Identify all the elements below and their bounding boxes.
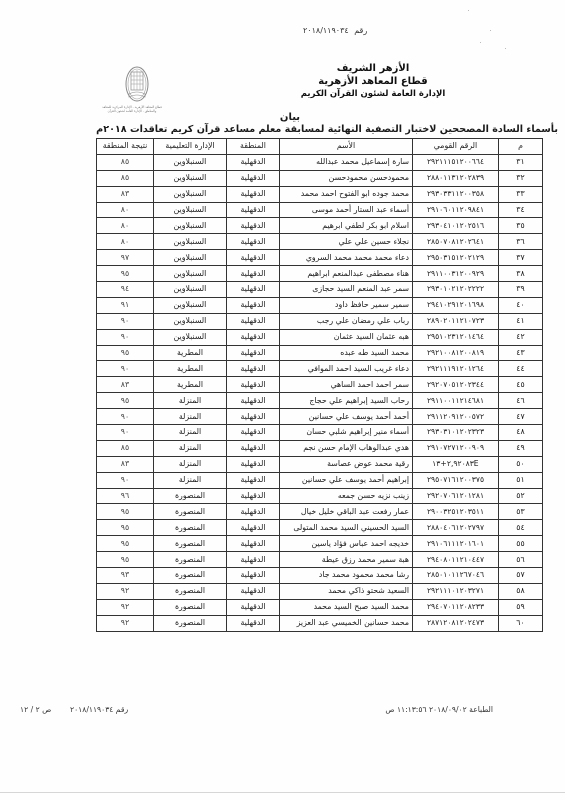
table-row: ٣٣٢٩٣٠٣٣١١٢٠٠٣٥٨محمد جوده ابو الفتوح احم…	[97, 186, 543, 202]
cell-region: الدقهلية	[227, 472, 280, 488]
cell-name: اسلام ابو بكر لطفي ابرهيم	[280, 218, 413, 234]
cell-region: الدقهلية	[227, 599, 280, 615]
cell-name: زينب نزيه حسن جمعه	[280, 488, 413, 504]
cell-directorate: المنصورة	[154, 568, 227, 584]
cell-region: الدقهلية	[227, 202, 280, 218]
cell-name: دعاء غريب السيد احمد الموافي	[280, 361, 413, 377]
cell-region: الدقهلية	[227, 170, 280, 186]
cell-result: ٩٠	[97, 409, 154, 425]
table-row: ٤٠٢٩٤١٠٢٩١٢٠١٦٩٨سمير سمير حافظ داودالدقه…	[97, 297, 543, 313]
results-table: م الرقم القومي الأسم المنطقة الإدارة الت…	[96, 138, 543, 632]
table-row: ٤٤٢٩٢١١١٩١٢٠١٢٦٤دعاء غريب السيد احمد الم…	[97, 361, 543, 377]
cell-region: الدقهلية	[227, 234, 280, 250]
cell-num: ٤٣	[499, 345, 543, 361]
cell-result: ٩٠	[97, 472, 154, 488]
cell-result: ٩٥	[97, 552, 154, 568]
cell-result: ٩٥	[97, 393, 154, 409]
cell-result: ٩٠	[97, 313, 154, 329]
scan-artifact	[480, 42, 481, 43]
cell-national-id: ٢٨٨٠٤٠٦١٢٠٢٧٩٧	[413, 520, 499, 536]
scan-artifact	[490, 30, 491, 31]
cell-directorate: المطرية	[154, 361, 227, 377]
cell-region: الدقهلية	[227, 615, 280, 631]
table-row: ٣٩٢٩٣٠١٠٢١٢٠٢٢٢٢سمر عبد المنعم السيد حجا…	[97, 282, 543, 298]
table-row: ٤٢٢٩٥١٠٢٣١٢٠١٤٦٤هبه عثمان السيد عثمانالد…	[97, 329, 543, 345]
cell-result: ٩٢	[97, 615, 154, 631]
organization-header: الأزهر الشريف قطاع المعاهد الأزهرية الإد…	[263, 62, 483, 101]
cell-name: محمد حسانين الخميسي عبد العزيز	[280, 615, 413, 631]
cell-national-id: ٢٩٠٠٣٢٥١٢٠٣٥١١	[413, 504, 499, 520]
cell-result: ٩٥	[97, 345, 154, 361]
cell-national-id: ٢٩٢١١١٠١٢٠٣٢٧١	[413, 583, 499, 599]
cell-region: الدقهلية	[227, 313, 280, 329]
cell-result: ٨٥	[97, 154, 154, 170]
footer-ref-label: رقم	[116, 705, 128, 714]
cell-result: ٩٥	[97, 266, 154, 282]
cell-num: ٥٢	[499, 488, 543, 504]
table-header-row: م الرقم القومي الأسم المنطقة الإدارة الت…	[97, 139, 543, 155]
cell-result: ٨٠	[97, 202, 154, 218]
cell-directorate: المنصورة	[154, 552, 227, 568]
cell-national-id: ٢٩٤٠٨٠١١٢١٠٤٤٧	[413, 552, 499, 568]
cell-result: ٩٢	[97, 599, 154, 615]
cell-national-id: ٢,٩٢٠٨٣E+١٣	[413, 456, 499, 472]
cell-num: ٦٠	[499, 615, 543, 631]
cell-name: أسماء منير إبراهيم شلبي حسان	[280, 425, 413, 441]
cell-num: ٣٦	[499, 234, 543, 250]
table-row: ٣٦٢٨٥٠٧٠٨١٢٠٢٦٤١نجلاء حسين علي عليالدقهل…	[97, 234, 543, 250]
cell-directorate: السنبلاوين	[154, 218, 227, 234]
cell-result: ٩٢	[97, 583, 154, 599]
cell-name: دعاء محمد محمد محمد السروي	[280, 250, 413, 266]
cell-num: ٤٠	[499, 297, 543, 313]
org-line-2: قطاع المعاهد الأزهرية	[263, 75, 483, 88]
cell-num: ٣٥	[499, 218, 543, 234]
cell-result: ٩٣	[97, 568, 154, 584]
table-row: ٤٧٢٩١١٢٠٩١٢٠٠٥٧٢أحمد أحمد يوسف علي حساني…	[97, 409, 543, 425]
cell-national-id: ٢٩٢٠٧٠٥١٢٠٢٣٤٤	[413, 377, 499, 393]
page-label: ص	[42, 705, 51, 714]
header-num: م	[499, 139, 543, 155]
cell-national-id: ٢٩١٠٧٢٧١٢٠٠٩٠٩	[413, 440, 499, 456]
table-row: ٣٤٢٩١٠٦٠١١٢٠٩٨٤١أسماء عبد الستار أحمد مو…	[97, 202, 543, 218]
cell-region: الدقهلية	[227, 186, 280, 202]
footer-ref-value: ٢٠١٨/١١٩٠٣٤	[70, 705, 113, 714]
cell-national-id: ٢٩٢٠٧٠٦١٢٠١٢٨١	[413, 488, 499, 504]
cell-name: سمر عبد المنعم السيد حجازى	[280, 282, 413, 298]
cell-region: الدقهلية	[227, 583, 280, 599]
cell-result: ٩٥	[97, 504, 154, 520]
cell-num: ٣٣	[499, 186, 543, 202]
document-subtitle: بأسماء السادة المصححين لاختبار التصفية ا…	[118, 124, 558, 135]
table-row: ٥٨٢٩٢١١١٠١٢٠٣٢٧١السعيد شحتو ذاكي محمدالد…	[97, 583, 543, 599]
header-name: الأسم	[280, 139, 413, 155]
cell-national-id: ٢٩٣٠١٠٢١٢٠٢٢٢٢	[413, 282, 499, 298]
cell-national-id: ٢٨٧١٢٠٨١٢٠٢٤٧٣	[413, 615, 499, 631]
cell-result: ٨٣	[97, 456, 154, 472]
cell-num: ٥٣	[499, 504, 543, 520]
header-national-id: الرقم القومي	[413, 139, 499, 155]
logo-caption: قطاع المعاهد الأزهرية - الإدارة المركزية…	[100, 106, 164, 113]
cell-name: هبة سمير محمد رزق عيطة	[280, 552, 413, 568]
cell-num: ٣٤	[499, 202, 543, 218]
cell-directorate: السنبلاوين	[154, 186, 227, 202]
cell-directorate: المنصورة	[154, 583, 227, 599]
cell-region: الدقهلية	[227, 345, 280, 361]
table-row: ٤٦٢٩١١٠٠١١٢١٤٦٨١رحاب السيد إبراهيم علي ح…	[97, 393, 543, 409]
cell-num: ٤٨	[499, 425, 543, 441]
table-row: ٣٥٢٩٣٠٤١٠١٢٠٢٥١٦اسلام ابو بكر لطفي ابرهي…	[97, 218, 543, 234]
table-row: ٥٩٢٩٤٠٧٠١١٢٠٨٢٣٣محمد السيد صبح السيد محم…	[97, 599, 543, 615]
cell-name: محمد جوده ابو الفتوح احمد محمد	[280, 186, 413, 202]
cell-national-id: ٢٩٥٠٧١٦١٢٠٠٣٧٥	[413, 472, 499, 488]
cell-result: ٩٠	[97, 361, 154, 377]
document-title: بيان	[250, 112, 330, 123]
cell-national-id: ٢٩٢١١١٩١٢٠١٢٦٤	[413, 361, 499, 377]
reference-value: ٢٠١٨/١١٩٠٣٤	[303, 26, 349, 35]
cell-directorate: المطرية	[154, 345, 227, 361]
table-row: ٤٨٢٩٣٠٣١٠١٢٠٢٣٢٣أسماء منير إبراهيم شلبي …	[97, 425, 543, 441]
cell-directorate: المنزلة	[154, 409, 227, 425]
cell-name: السيد الحسيني السيد محمد المتولى	[280, 520, 413, 536]
cell-result: ٩١	[97, 297, 154, 313]
table-row: ٤٣٢٩٢١٠٠٨١٢٠٠٨١٩محمد السيد طه عبدهالدقهل…	[97, 345, 543, 361]
cell-name: محمد السيد صبح السيد محمد	[280, 599, 413, 615]
cell-directorate: المنصورة	[154, 488, 227, 504]
cell-national-id: ٢٩٢١٠٠٨١٢٠٠٨١٩	[413, 345, 499, 361]
cell-region: الدقهلية	[227, 393, 280, 409]
cell-num: ٤٤	[499, 361, 543, 377]
cell-result: ٩٠	[97, 425, 154, 441]
cell-num: ٥٦	[499, 552, 543, 568]
cell-directorate: المنصورة	[154, 615, 227, 631]
cell-name: هدي عبدالوهاب الإمام حسن نجم	[280, 440, 413, 456]
header-directorate: الإدارة التعليمية	[154, 139, 227, 155]
cell-num: ٤٢	[499, 329, 543, 345]
footer-page-number: ص ٢ / ١٢	[20, 705, 51, 714]
scan-artifact	[468, 10, 469, 11]
table-row: ٥٧٢٨٥٠١٠١١٢٦٧٠٤٦رشا محمد محمود محمد جادا…	[97, 568, 543, 584]
cell-name: رباب علي رمضان علي رجب	[280, 313, 413, 329]
cell-result: ٩٠	[97, 329, 154, 345]
cell-region: الدقهلية	[227, 520, 280, 536]
cell-directorate: السنبلاوين	[154, 266, 227, 282]
table-row: ٣٧٢٩٥٠٣١٥١٢٠٢١٢٩دعاء محمد محمد محمد السر…	[97, 250, 543, 266]
table-row: ٤٥٢٩٢٠٧٠٥١٢٠٢٣٤٤سمر احمد احمد الساهيالدق…	[97, 377, 543, 393]
cell-num: ٤٦	[499, 393, 543, 409]
cell-result: ٨٠	[97, 234, 154, 250]
cell-region: الدقهلية	[227, 297, 280, 313]
header-region: المنطقة	[227, 139, 280, 155]
cell-result: ٩٦	[97, 488, 154, 504]
table-row: ٣٨٢٩١١٠٠٣١٢٠٠٩٢٩هناء مصطفى عبدالمنعم ابر…	[97, 266, 543, 282]
cell-directorate: السنبلاوين	[154, 250, 227, 266]
document-page: رقم ٢٠١٨/١١٩٠٣٤ الأزهر الشريف قطاع المعا…	[0, 0, 565, 800]
cell-num: ٤٩	[499, 440, 543, 456]
table-row: ٥٤٢٨٨٠٤٠٦١٢٠٢٧٩٧السيد الحسيني السيد محمد…	[97, 520, 543, 536]
cell-name: إبراهيم أحمد يوسف علي حسانين	[280, 472, 413, 488]
cell-region: الدقهلية	[227, 536, 280, 552]
scan-edge-line	[0, 792, 565, 793]
cell-name: السعيد شحتو ذاكي محمد	[280, 583, 413, 599]
cell-num: ٣٧	[499, 250, 543, 266]
cell-region: الدقهلية	[227, 250, 280, 266]
reference-number-top: رقم ٢٠١٨/١١٩٠٣٤	[300, 26, 420, 35]
cell-directorate: المنزلة	[154, 393, 227, 409]
cell-directorate: المنصورة	[154, 536, 227, 552]
cell-national-id: ٢٩٣٠٤١٠١٢٠٢٥١٦	[413, 218, 499, 234]
cell-national-id: ٢٩١٠٦١١١٢٠١٦٠١	[413, 536, 499, 552]
cell-national-id: ٢٨٩٠٢٠١١٢١٠٧٢٣	[413, 313, 499, 329]
header-result: نتيجة المنطقة	[97, 139, 154, 155]
cell-directorate: المنصورة	[154, 520, 227, 536]
cell-directorate: السنبلاوين	[154, 202, 227, 218]
page-value: ٢ / ١٢	[20, 705, 40, 714]
cell-region: الدقهلية	[227, 504, 280, 520]
table-row: ٥٣٢٩٠٠٣٢٥١٢٠٣٥١١عمار رفعت عبد الباقي خلي…	[97, 504, 543, 520]
cell-directorate: المطرية	[154, 377, 227, 393]
cell-region: الدقهلية	[227, 425, 280, 441]
reference-label: رقم	[354, 26, 367, 35]
cell-result: ٩٧	[97, 250, 154, 266]
cell-num: ٥٥	[499, 536, 543, 552]
cell-national-id: ٢٨٥٠٧٠٨١٢٠٢٦٤١	[413, 234, 499, 250]
cell-directorate: السنبلاوين	[154, 234, 227, 250]
cell-directorate: السنبلاوين	[154, 282, 227, 298]
cell-directorate: المنزلة	[154, 456, 227, 472]
cell-directorate: السنبلاوين	[154, 154, 227, 170]
footer-print-timestamp: الطباعة ٢٠١٨/٠٩/٠٢ ١١:١٣:٥٦ ص	[385, 705, 493, 714]
cell-region: الدقهلية	[227, 552, 280, 568]
cell-name: سارة إسماعيل محمد عبدالله	[280, 154, 413, 170]
cell-national-id: ٢٩٤١٠٢٩١٢٠١٦٩٨	[413, 297, 499, 313]
cell-num: ٤٥	[499, 377, 543, 393]
table-row: ٥٢٢٩٢٠٧٠٦١٢٠١٢٨١زينب نزيه حسن جمعهالدقهل…	[97, 488, 543, 504]
cell-num: ٥٧	[499, 568, 543, 584]
cell-national-id: ٢٩٢١١١٥١٢٠٠٦٦٤	[413, 154, 499, 170]
cell-national-id: ٢٩٥٠٣١٥١٢٠٢١٢٩	[413, 250, 499, 266]
table-row: ٤٩٢٩١٠٧٢٧١٢٠٠٩٠٩هدي عبدالوهاب الإمام حسن…	[97, 440, 543, 456]
cell-region: الدقهلية	[227, 440, 280, 456]
cell-name: هناء مصطفى عبدالمنعم ابراهيم	[280, 266, 413, 282]
cell-result: ٩٥	[97, 520, 154, 536]
cell-directorate: السنبلاوين	[154, 313, 227, 329]
cell-region: الدقهلية	[227, 266, 280, 282]
cell-region: الدقهلية	[227, 488, 280, 504]
cell-num: ٥١	[499, 472, 543, 488]
cell-result: ٨٥	[97, 440, 154, 456]
cell-region: الدقهلية	[227, 329, 280, 345]
table-row: ٣٢٢٨٨٠١١٣١٢٠٢٨٣٩محمودحسن محمودحسنالدقهلي…	[97, 170, 543, 186]
cell-name: خديجه احمد عباس فؤاد ياسين	[280, 536, 413, 552]
scan-artifact	[505, 48, 506, 49]
cell-national-id: ٢٨٨٠١١٣١٢٠٢٨٣٩	[413, 170, 499, 186]
table-row: ٥١٢٩٥٠٧١٦١٢٠٠٣٧٥إبراهيم أحمد يوسف علي حس…	[97, 472, 543, 488]
cell-national-id: ٢٨٥٠١٠١١٢٦٧٠٤٦	[413, 568, 499, 584]
org-line-3: الإدارة العامة لشئون القرآن الكريم	[263, 88, 483, 101]
cell-num: ٤١	[499, 313, 543, 329]
cell-name: نجلاء حسين علي علي	[280, 234, 413, 250]
cell-num: ٥٠	[499, 456, 543, 472]
cell-num: ٣٩	[499, 282, 543, 298]
cell-region: الدقهلية	[227, 377, 280, 393]
org-line-1: الأزهر الشريف	[263, 62, 483, 75]
table-row: ٥٠٢,٩٢٠٨٣E+١٣رقية محمد عوض عصاسةالدقهلية…	[97, 456, 543, 472]
cell-result: ٩٤	[97, 282, 154, 298]
cell-name: محمودحسن محمودحسن	[280, 170, 413, 186]
cell-region: الدقهلية	[227, 409, 280, 425]
cell-result: ٩٥	[97, 536, 154, 552]
table-body: ٣١٢٩٢١١١٥١٢٠٠٦٦٤سارة إسماعيل محمد عبدالل…	[97, 154, 543, 631]
footer-reference: رقم ٢٠١٨/١١٩٠٣٤	[70, 705, 128, 714]
table-row: ٤١٢٨٩٠٢٠١١٢١٠٧٢٣رباب علي رمضان علي رجبال…	[97, 313, 543, 329]
cell-name: أحمد أحمد يوسف علي حسانين	[280, 409, 413, 425]
table-row: ٥٥٢٩١٠٦١١١٢٠١٦٠١خديجه احمد عباس فؤاد ياس…	[97, 536, 543, 552]
cell-region: الدقهلية	[227, 361, 280, 377]
cell-result: ٨٣	[97, 377, 154, 393]
cell-num: ٥٩	[499, 599, 543, 615]
cell-national-id: ٢٩٥١٠٢٣١٢٠١٤٦٤	[413, 329, 499, 345]
cell-name: رحاب السيد إبراهيم علي حجاج	[280, 393, 413, 409]
cell-region: الدقهلية	[227, 218, 280, 234]
cell-result: ٨٥	[97, 170, 154, 186]
cell-region: الدقهلية	[227, 456, 280, 472]
cell-num: ٤٧	[499, 409, 543, 425]
cell-name: سمير سمير حافظ داود	[280, 297, 413, 313]
cell-num: ٥٤	[499, 520, 543, 536]
cell-national-id: ٢٩١٠٦٠١١٢٠٩٨٤١	[413, 202, 499, 218]
cell-name: سمر احمد احمد الساهي	[280, 377, 413, 393]
cell-directorate: السنبلاوين	[154, 170, 227, 186]
cell-result: ٨٣	[97, 186, 154, 202]
cell-name: عمار رفعت عبد الباقي خليل خيال	[280, 504, 413, 520]
cell-num: ٣٢	[499, 170, 543, 186]
table-row: ٣١٢٩٢١١١٥١٢٠٠٦٦٤سارة إسماعيل محمد عبدالل…	[97, 154, 543, 170]
cell-name: رقية محمد عوض عصاسة	[280, 456, 413, 472]
cell-national-id: ٢٩١١٢٠٩١٢٠٠٥٧٢	[413, 409, 499, 425]
cell-name: هبه عثمان السيد عثمان	[280, 329, 413, 345]
cell-directorate: السنبلاوين	[154, 329, 227, 345]
table-row: ٥٦٢٩٤٠٨٠١١٢١٠٤٤٧هبة سمير محمد رزق عيطةال…	[97, 552, 543, 568]
cell-num: ٣١	[499, 154, 543, 170]
table-row: ٦٠٢٨٧١٢٠٨١٢٠٢٤٧٣محمد حسانين الخميسي عبد …	[97, 615, 543, 631]
cell-national-id: ٢٩١١٠٠١١٢١٤٦٨١	[413, 393, 499, 409]
print-datetime: ٢٠١٨/٠٩/٠٢ ١١:١٣:٥٦ ص	[385, 705, 466, 714]
cell-num: ٣٨	[499, 266, 543, 282]
cell-name: محمد السيد طه عبده	[280, 345, 413, 361]
cell-directorate: المنصورة	[154, 504, 227, 520]
cell-num: ٥٨	[499, 583, 543, 599]
cell-directorate: المنزلة	[154, 440, 227, 456]
cell-directorate: السنبلاوين	[154, 297, 227, 313]
cell-directorate: المنزلة	[154, 425, 227, 441]
cell-directorate: المنزلة	[154, 472, 227, 488]
cell-national-id: ٢٩٤٠٧٠١١٢٠٨٢٣٣	[413, 599, 499, 615]
cell-directorate: المنصورة	[154, 599, 227, 615]
print-label: الطباعة	[469, 705, 493, 714]
cell-region: الدقهلية	[227, 568, 280, 584]
cell-region: الدقهلية	[227, 154, 280, 170]
cell-national-id: ٢٩١١٠٠٣١٢٠٠٩٢٩	[413, 266, 499, 282]
cell-region: الدقهلية	[227, 282, 280, 298]
cell-name: رشا محمد محمود محمد جاد	[280, 568, 413, 584]
cell-result: ٨٠	[97, 218, 154, 234]
cell-national-id: ٢٩٣٠٣١٠١٢٠٢٣٢٣	[413, 425, 499, 441]
cell-name: أسماء عبد الستار أحمد موسى	[280, 202, 413, 218]
cell-national-id: ٢٩٣٠٣٣١١٢٠٠٣٥٨	[413, 186, 499, 202]
